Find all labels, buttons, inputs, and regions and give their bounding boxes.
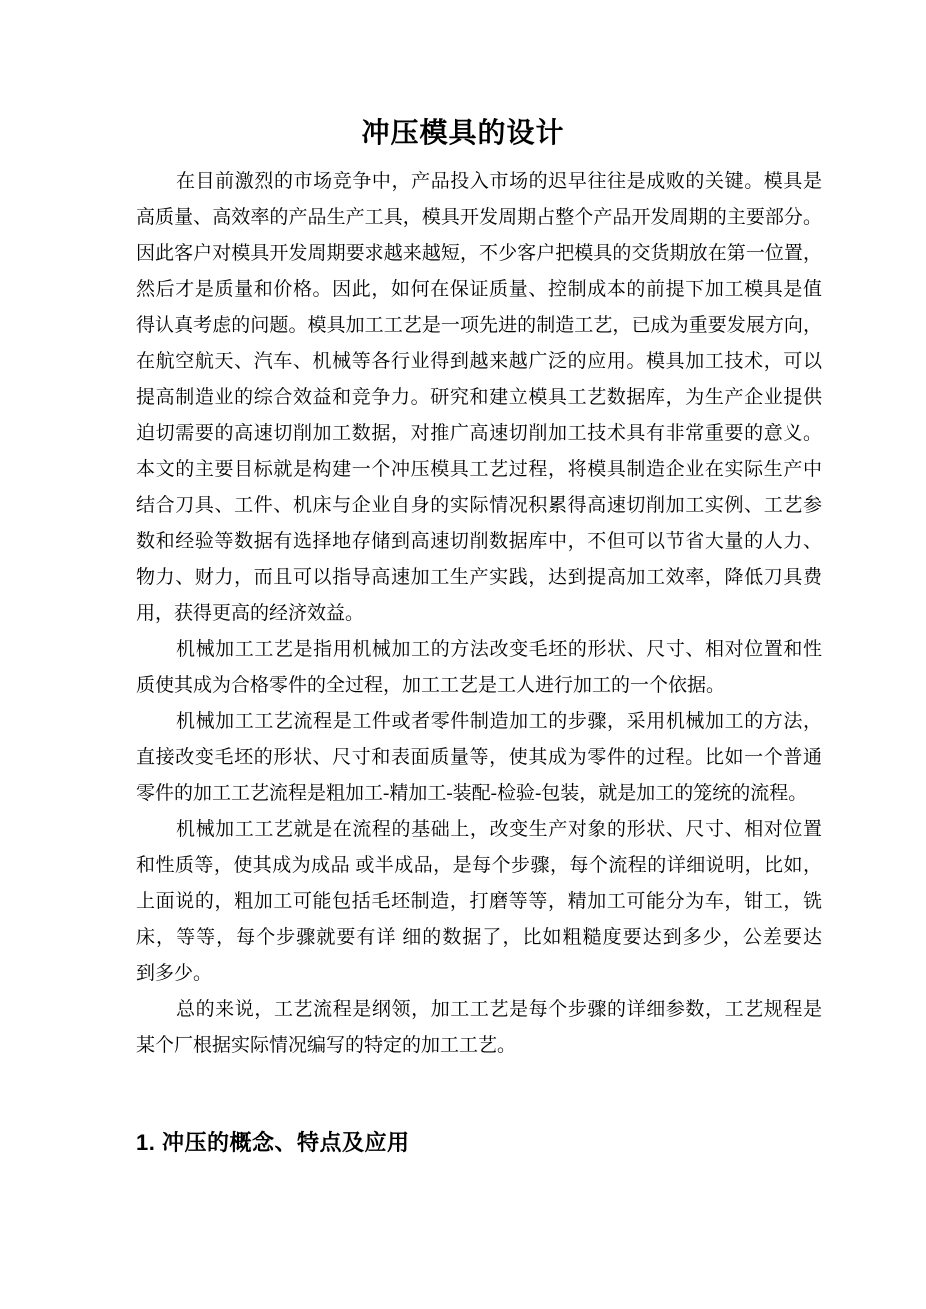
body-line: 质使其成为合格零件的全过程，加工工艺是工人进行加工的一个依据。 <box>136 668 822 704</box>
body-line: 机械加工工艺就是在流程的基础上，改变生产对象的形状、尺寸、相对位置 <box>136 812 822 848</box>
body-line: 某个厂根据实际情况编写的特定的加工工艺。 <box>136 1028 822 1064</box>
body-line: 零件的加工工艺流程是粗加工-精加工-装配-检验-包装，就是加工的笼统的流程。 <box>136 776 822 812</box>
body-line: 用，获得更高的经济效益。 <box>136 596 822 632</box>
body-line: 高质量、高效率的产品生产工具，模具开发周期占整个产品开发周期的主要部分。 <box>136 200 822 236</box>
body-line: 机械加工工艺是指用机械加工的方法改变毛坯的形状、尺寸、相对位置和性 <box>136 632 822 668</box>
body-line: 总的来说，工艺流程是纲领，加工工艺是每个步骤的详细参数，工艺规程是 <box>136 992 822 1028</box>
body-line: 数和经验等数据有选择地存储到高速切削数据库中，不但可以节省大量的人力、 <box>136 524 822 560</box>
document-body: 在目前激烈的市场竞争中，产品投入市场的迟早往往是成败的关键。模具是高质量、高效率… <box>136 164 822 1064</box>
body-line: 提高制造业的综合效益和竞争力。研究和建立模具工艺数据库，为生产企业提供 <box>136 380 822 416</box>
document-page: 冲压模具的设计 在目前激烈的市场竞争中，产品投入市场的迟早往往是成败的关键。模具… <box>0 0 926 1309</box>
body-line: 得认真考虑的问题。模具加工工艺是一项先进的制造工艺，已成为重要发展方向， <box>136 308 822 344</box>
document-title: 冲压模具的设计 <box>0 113 926 153</box>
body-line: 和性质等，使其成为成品 或半成品，是每个步骤，每个流程的详细说明，比如， <box>136 848 822 884</box>
body-line: 本文的主要目标就是构建一个冲压模具工艺过程，将模具制造企业在实际生产中 <box>136 452 822 488</box>
body-line: 到多少。 <box>136 956 822 992</box>
body-line: 上面说的，粗加工可能包括毛坯制造，打磨等等，精加工可能分为车，钳工，铣 <box>136 884 822 920</box>
body-line: 物力、财力，而且可以指导高速加工生产实践，达到提高加工效率，降低刀具费 <box>136 560 822 596</box>
body-line: 迫切需要的高速切削加工数据，对推广高速切削加工技术具有非常重要的意义。 <box>136 416 822 452</box>
body-line: 因此客户对模具开发周期要求越来越短，不少客户把模具的交货期放在第一位置， <box>136 236 822 272</box>
body-line: 床，等等，每个步骤就要有详 细的数据了，比如粗糙度要达到多少，公差要达 <box>136 920 822 956</box>
body-line: 在航空航天、汽车、机械等各行业得到越来越广泛的应用。模具加工技术，可以 <box>136 344 822 380</box>
body-line: 机械加工工艺流程是工件或者零件制造加工的步骤，采用机械加工的方法， <box>136 704 822 740</box>
section-heading: 1. 冲压的概念、特点及应用 <box>136 1125 409 1161</box>
body-line: 直接改变毛坯的形状、尺寸和表面质量等，使其成为零件的过程。比如一个普通 <box>136 740 822 776</box>
body-line: 在目前激烈的市场竞争中，产品投入市场的迟早往往是成败的关键。模具是 <box>136 164 822 200</box>
body-line: 结合刀具、工件、机床与企业自身的实际情况积累得高速切削加工实例、工艺参 <box>136 488 822 524</box>
body-line: 然后才是质量和价格。因此，如何在保证质量、控制成本的前提下加工模具是值 <box>136 272 822 308</box>
